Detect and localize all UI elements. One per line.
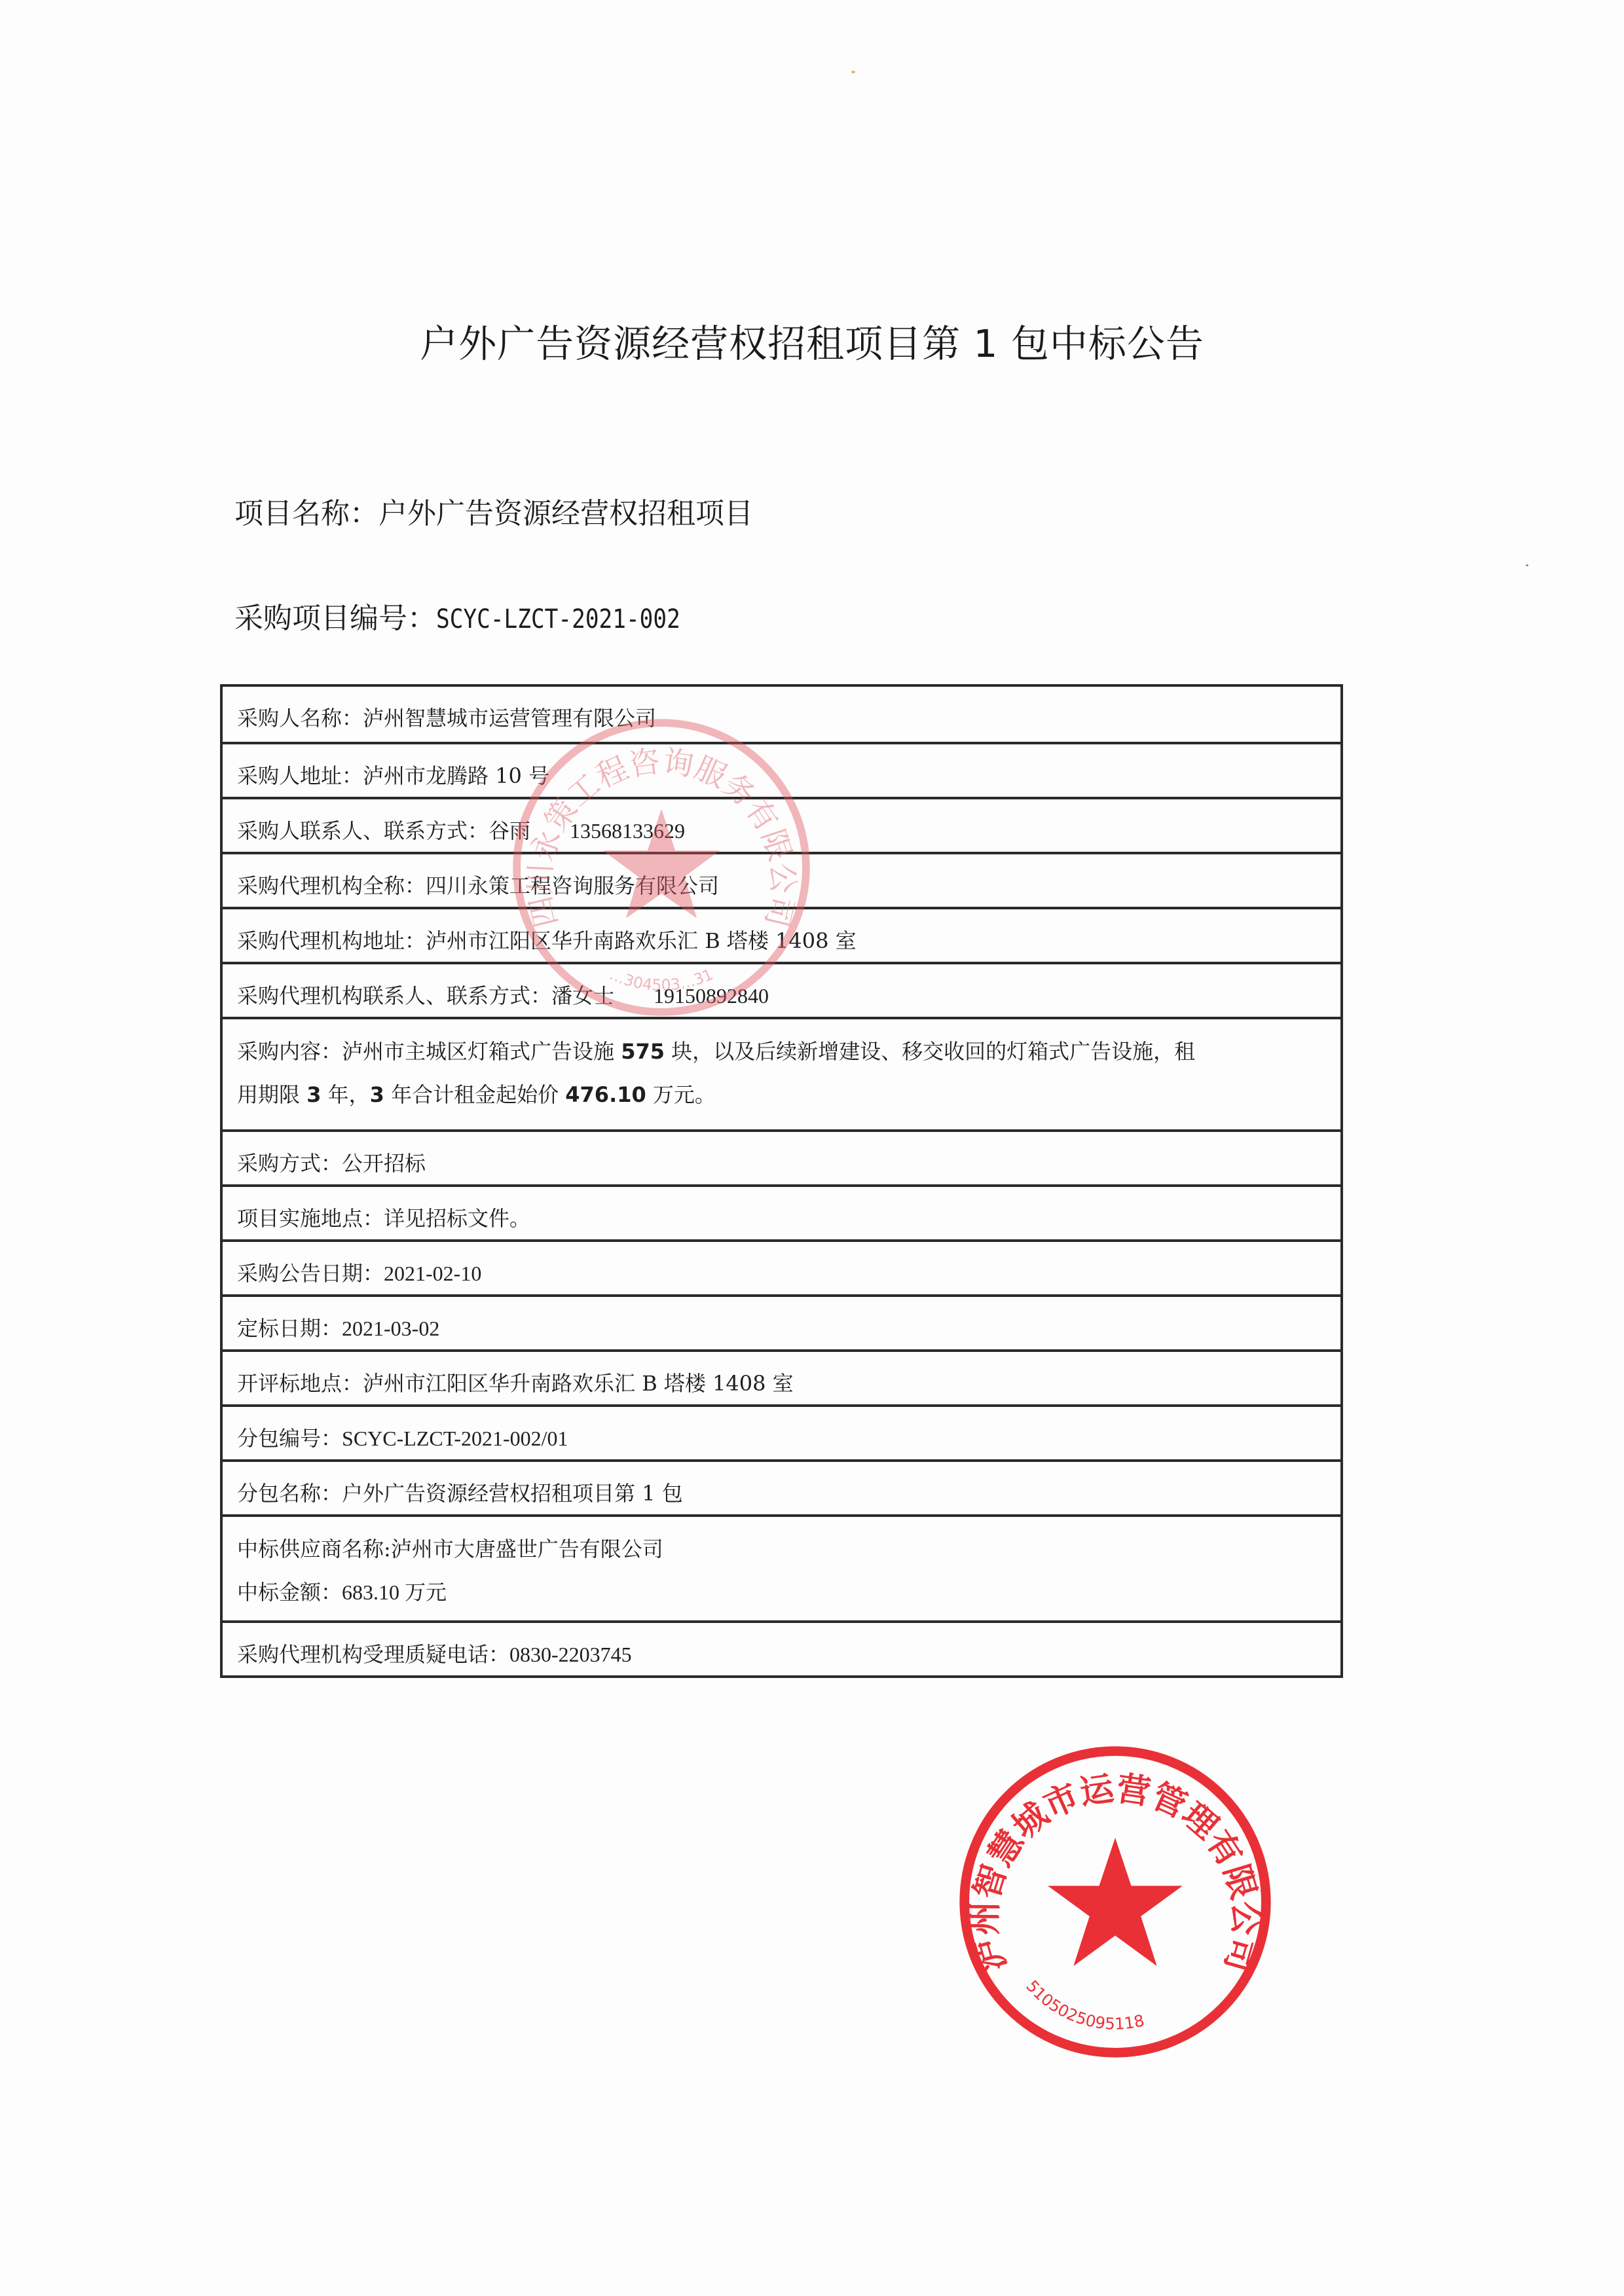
row-label: 采购内容：	[237, 1039, 342, 1064]
project-number-value: SCYC-LZCT-2021-002	[436, 604, 680, 634]
table-row-purchaser-contact: 采购人联系人、联系方式：谷雨13568133629	[223, 797, 1340, 852]
supplier-name: 泸州市大唐盛世广告有限公司	[391, 1537, 663, 1561]
row-label: 采购代理机构地址：	[237, 928, 426, 953]
content-line-1: 采购内容：泸州市主城区灯箱式广告设施 575 块，以及后续新增建设、移交收回的灯…	[237, 1030, 1329, 1073]
lease-years: 3	[306, 1082, 321, 1107]
contact-phone: 13568133629	[570, 819, 685, 843]
table-row-agent-name: 采购代理机构全称：四川永策工程咨询服务有限公司	[223, 852, 1340, 907]
row-value: 泸州智慧城市运营管理有限公司	[363, 706, 656, 731]
lease-years-total: 3	[370, 1082, 384, 1107]
content-text: 万元。	[646, 1082, 716, 1107]
table-row-implementation-location: 项目实施地点：详见招标文件。	[223, 1184, 1340, 1239]
table-row-lot-name: 分包名称：户外广告资源经营权招租项目第 1 包	[223, 1459, 1340, 1514]
row-value: 四川永策工程咨询服务有限公司	[426, 873, 719, 898]
row-label: 采购代理机构受理质疑电话：	[237, 1642, 509, 1667]
row-label: 开评标地点：	[237, 1371, 363, 1396]
amount-label: 中标金额：	[237, 1580, 342, 1605]
seal-ring-icon	[965, 1751, 1266, 2053]
seal-star-icon	[1048, 1838, 1183, 1966]
scan-speck	[851, 71, 855, 73]
project-number-line: 采购项目编号：SCYC-LZCT-2021-002	[234, 594, 720, 636]
content-line-2: 用期限 3 年，3 年合计租金起始价 476.10 万元。	[237, 1073, 1329, 1116]
row-label: 采购方式：	[237, 1151, 342, 1176]
table-row-agent-contact: 采购代理机构联系人、联系方式：潘女士19150892840	[223, 962, 1340, 1017]
table-row-procurement-method: 采购方式：公开招标	[223, 1129, 1340, 1184]
svg-text:泸州智慧城市运营管理有限公司: 泸州智慧城市运营管理有限公司	[966, 1769, 1265, 1977]
contact-name: 谷雨	[489, 818, 530, 843]
purchaser-company-seal: 泸州智慧城市运营管理有限公司 5105025095118	[955, 1741, 1276, 2062]
start-price: 476.10	[565, 1082, 646, 1107]
supplier-line: 中标供应商名称:泸州市大唐盛世广告有限公司	[237, 1527, 1329, 1571]
project-number-label: 采购项目编号：	[234, 602, 436, 635]
document-title: 户外广告资源经营权招租项目第 1 包中标公告	[0, 313, 1624, 368]
content-text: 年合计租金起始价	[384, 1082, 565, 1107]
table-row-lot-number: 分包编号：SCYC-LZCT-2021-002/01	[223, 1404, 1340, 1459]
project-name-line: 项目名称：户外广告资源经营权招租项目	[234, 490, 753, 532]
quantity-value: 575	[621, 1039, 665, 1064]
row-label: 采购人联系人、联系方式：	[237, 818, 489, 843]
table-row-bid-opening-location: 开评标地点：泸州市江阳区华升南路欢乐汇 B 塔楼 1408 室	[223, 1349, 1340, 1404]
document-page: 户外广告资源经营权招租项目第 1 包中标公告 项目名称：户外广告资源经营权招租项…	[0, 0, 1624, 2296]
row-label: 采购人名称：	[237, 706, 363, 731]
row-value: 公开招标	[342, 1151, 426, 1176]
seal-text: 泸州智慧城市运营管理有限公司	[966, 1769, 1265, 1977]
row-value: 泸州市龙腾路 10 号	[363, 763, 549, 788]
svg-text:5105025095118: 5105025095118	[1022, 1977, 1146, 2033]
row-label: 中标供应商名称:	[237, 1537, 391, 1561]
table-row-complaint-phone: 采购代理机构受理质疑电话：0830-2203745	[223, 1620, 1340, 1675]
table-row-announcement-date: 采购公告日期：2021-02-10	[223, 1239, 1340, 1294]
announcement-table: 采购人名称：泸州智慧城市运营管理有限公司 采购人地址：泸州市龙腾路 10 号 采…	[220, 684, 1343, 1678]
row-label: 采购代理机构联系人、联系方式：	[237, 983, 551, 1008]
row-value: SCYC-LZCT-2021-002/01	[342, 1427, 568, 1450]
row-value: 泸州市江阳区华升南路欢乐汇 B 塔楼 1408 室	[363, 1371, 794, 1396]
content-text: 泸州市主城区灯箱式广告设施	[342, 1039, 621, 1064]
row-label: 分包编号：	[237, 1426, 342, 1451]
table-row-procurement-content: 采购内容：泸州市主城区灯箱式广告设施 575 块，以及后续新增建设、移交收回的灯…	[223, 1017, 1340, 1129]
row-label: 项目实施地点：	[237, 1206, 384, 1231]
amount-line: 中标金额：683.10 万元	[237, 1571, 1329, 1614]
row-value: 2021-03-02	[342, 1317, 439, 1340]
row-label: 分包名称：	[237, 1481, 342, 1506]
table-row-winning-supplier: 中标供应商名称:泸州市大唐盛世广告有限公司 中标金额：683.10 万元	[223, 1514, 1340, 1620]
project-name-label: 项目名称：	[234, 497, 378, 530]
table-row-award-date: 定标日期：2021-03-02	[223, 1294, 1340, 1349]
row-label: 采购代理机构全称：	[237, 873, 426, 898]
row-value: 0830-2203745	[509, 1643, 632, 1666]
row-value: 2021-02-10	[384, 1262, 481, 1285]
project-name-value: 户外广告资源经营权招租项目	[378, 497, 753, 530]
seal-code: 5105025095118	[1022, 1977, 1146, 2033]
table-row-purchaser-name: 采购人名称：泸州智慧城市运营管理有限公司	[223, 687, 1340, 742]
row-label: 采购公告日期：	[237, 1261, 384, 1286]
scan-speck	[1526, 564, 1528, 566]
row-label: 定标日期：	[237, 1316, 342, 1341]
content-text: 用期限	[237, 1082, 306, 1107]
contact-name: 潘女士	[551, 983, 614, 1008]
row-label: 采购人地址：	[237, 763, 363, 788]
table-row-purchaser-address: 采购人地址：泸州市龙腾路 10 号	[223, 742, 1340, 797]
winning-amount: 683.10 万元	[342, 1580, 447, 1604]
table-row-agent-address: 采购代理机构地址：泸州市江阳区华升南路欢乐汇 B 塔楼 1408 室	[223, 907, 1340, 962]
contact-phone: 19150892840	[654, 984, 769, 1008]
row-value: 详见招标文件。	[384, 1206, 530, 1231]
row-value: 户外广告资源经营权招租项目第 1 包	[342, 1481, 683, 1506]
row-value: 泸州市江阳区华升南路欢乐汇 B 塔楼 1408 室	[426, 928, 857, 953]
content-text: 块，以及后续新增建设、移交收回的灯箱式广告设施，租	[665, 1039, 1195, 1064]
content-text: 年，	[321, 1082, 369, 1107]
